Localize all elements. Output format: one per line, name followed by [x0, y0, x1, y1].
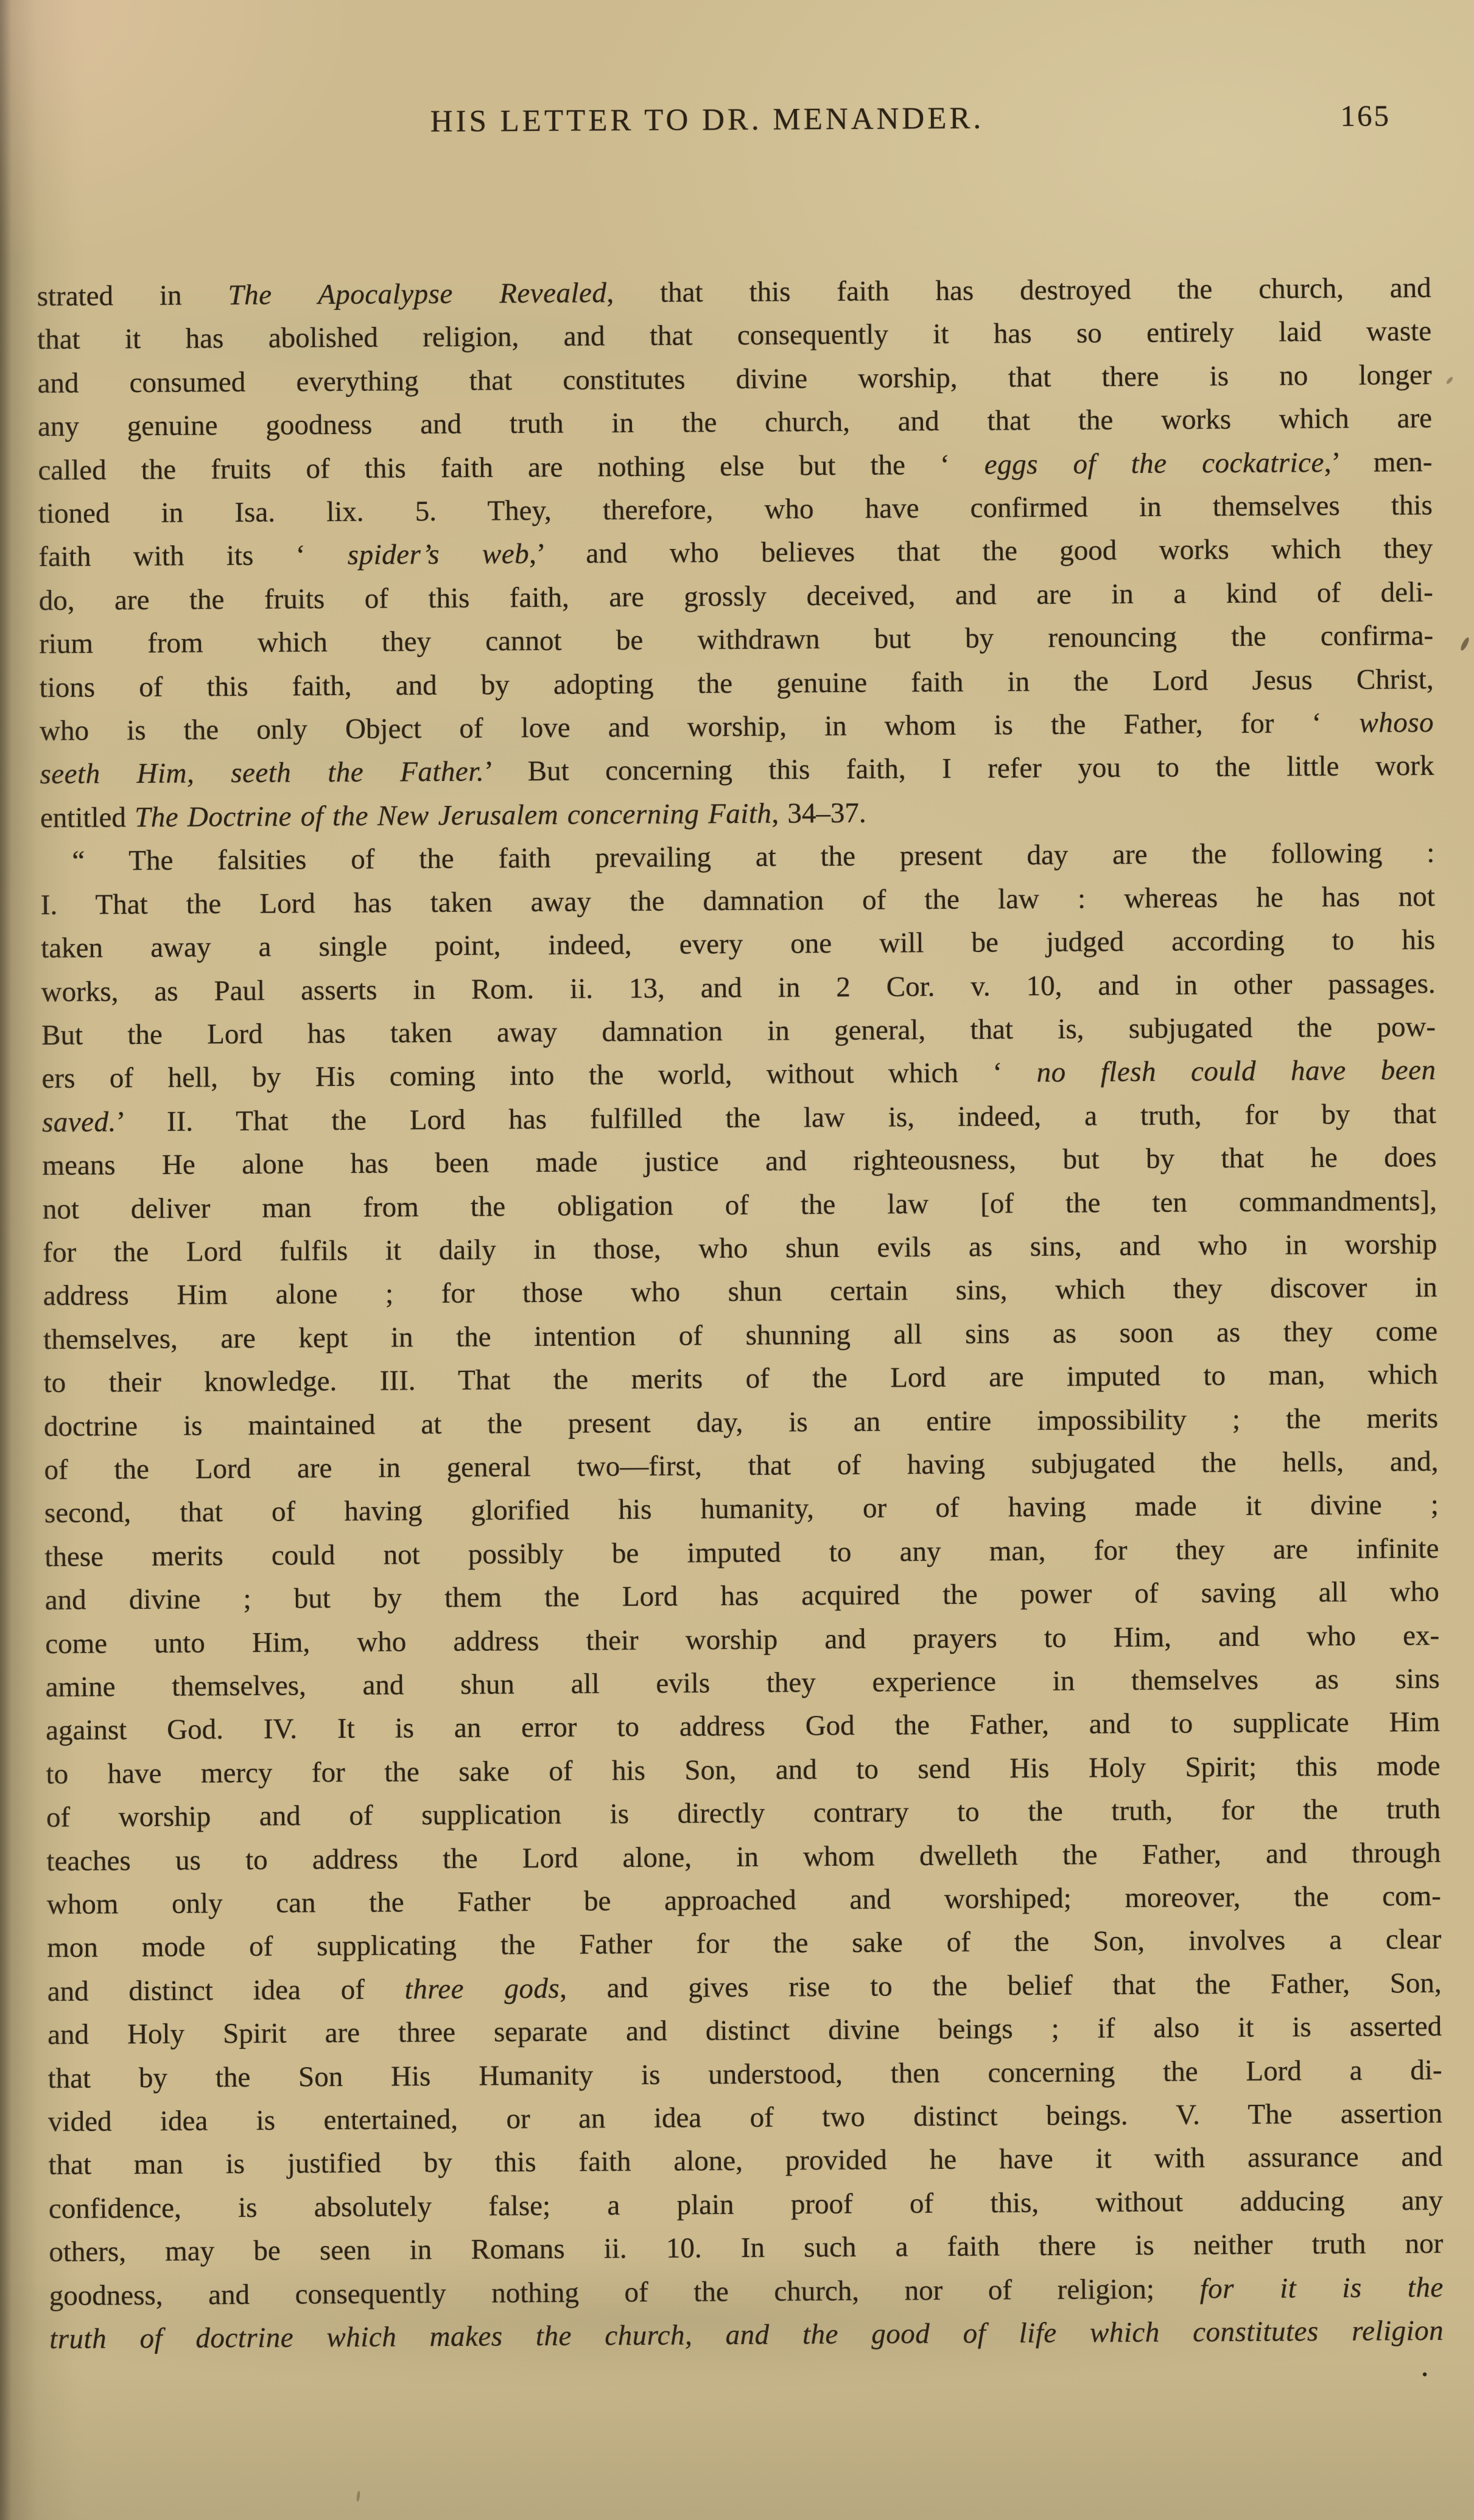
page-number: 165	[1340, 98, 1391, 133]
text-line: second, that of having glorified his hum…	[44, 1483, 1439, 1535]
text-line: of worship and of supplication is direct…	[46, 1788, 1441, 1839]
text-line: address Him alone ; for those who shun c…	[43, 1266, 1437, 1318]
text-line: that it has abolished religion, and that…	[37, 310, 1431, 362]
text-line: “ The falsities of the faith prevailing …	[40, 831, 1434, 883]
text-line: taken away a single point, indeed, every…	[41, 919, 1435, 970]
running-header-title: HIS LETTER TO DR. MENANDER.	[0, 98, 1444, 142]
text-line: ers of hell, by His coming into the worl…	[41, 1049, 1436, 1101]
text-line: others, may be seen in Romans ii. 10. In…	[49, 2222, 1443, 2274]
text-line: rium from which they cannot be withdrawn…	[39, 614, 1433, 666]
text-line: faith with its ‘ spider’s web,’ and who …	[38, 527, 1433, 579]
text-line: and Holy Spirit are three separate and d…	[47, 2005, 1442, 2057]
text-line: to their knowledge. III. That the merits…	[43, 1353, 1437, 1405]
text-line: seeth Him, seeth the Father.’ But concer…	[40, 744, 1434, 796]
body-text-block: strated in The Apocalypse Revealed, that…	[37, 267, 1444, 2361]
text-line: means He alone has been made justice and…	[42, 1136, 1436, 1188]
text-line: and divine ; but by them the Lord has ac…	[45, 1570, 1439, 1622]
stray-period-mark: .	[1420, 2350, 1428, 2382]
running-header: HIS LETTER TO DR. MENANDER. 165	[0, 98, 1467, 150]
scanned-book-page: HIS LETTER TO DR. MENANDER. 165 strated …	[0, 0, 1474, 2520]
text-line: against God. IV. It is an error to addre…	[46, 1701, 1440, 1752]
text-line: mon mode of supplicating the Father for …	[47, 1918, 1441, 1970]
text-line: that man is justified by this faith alon…	[48, 2135, 1442, 2187]
text-line: truth of doctrine which makes the church…	[49, 2309, 1444, 2361]
text-line: any genuine goodness and truth in the ch…	[38, 397, 1432, 449]
page-content: HIS LETTER TO DR. MENANDER. 165 strated …	[0, 0, 1474, 2520]
